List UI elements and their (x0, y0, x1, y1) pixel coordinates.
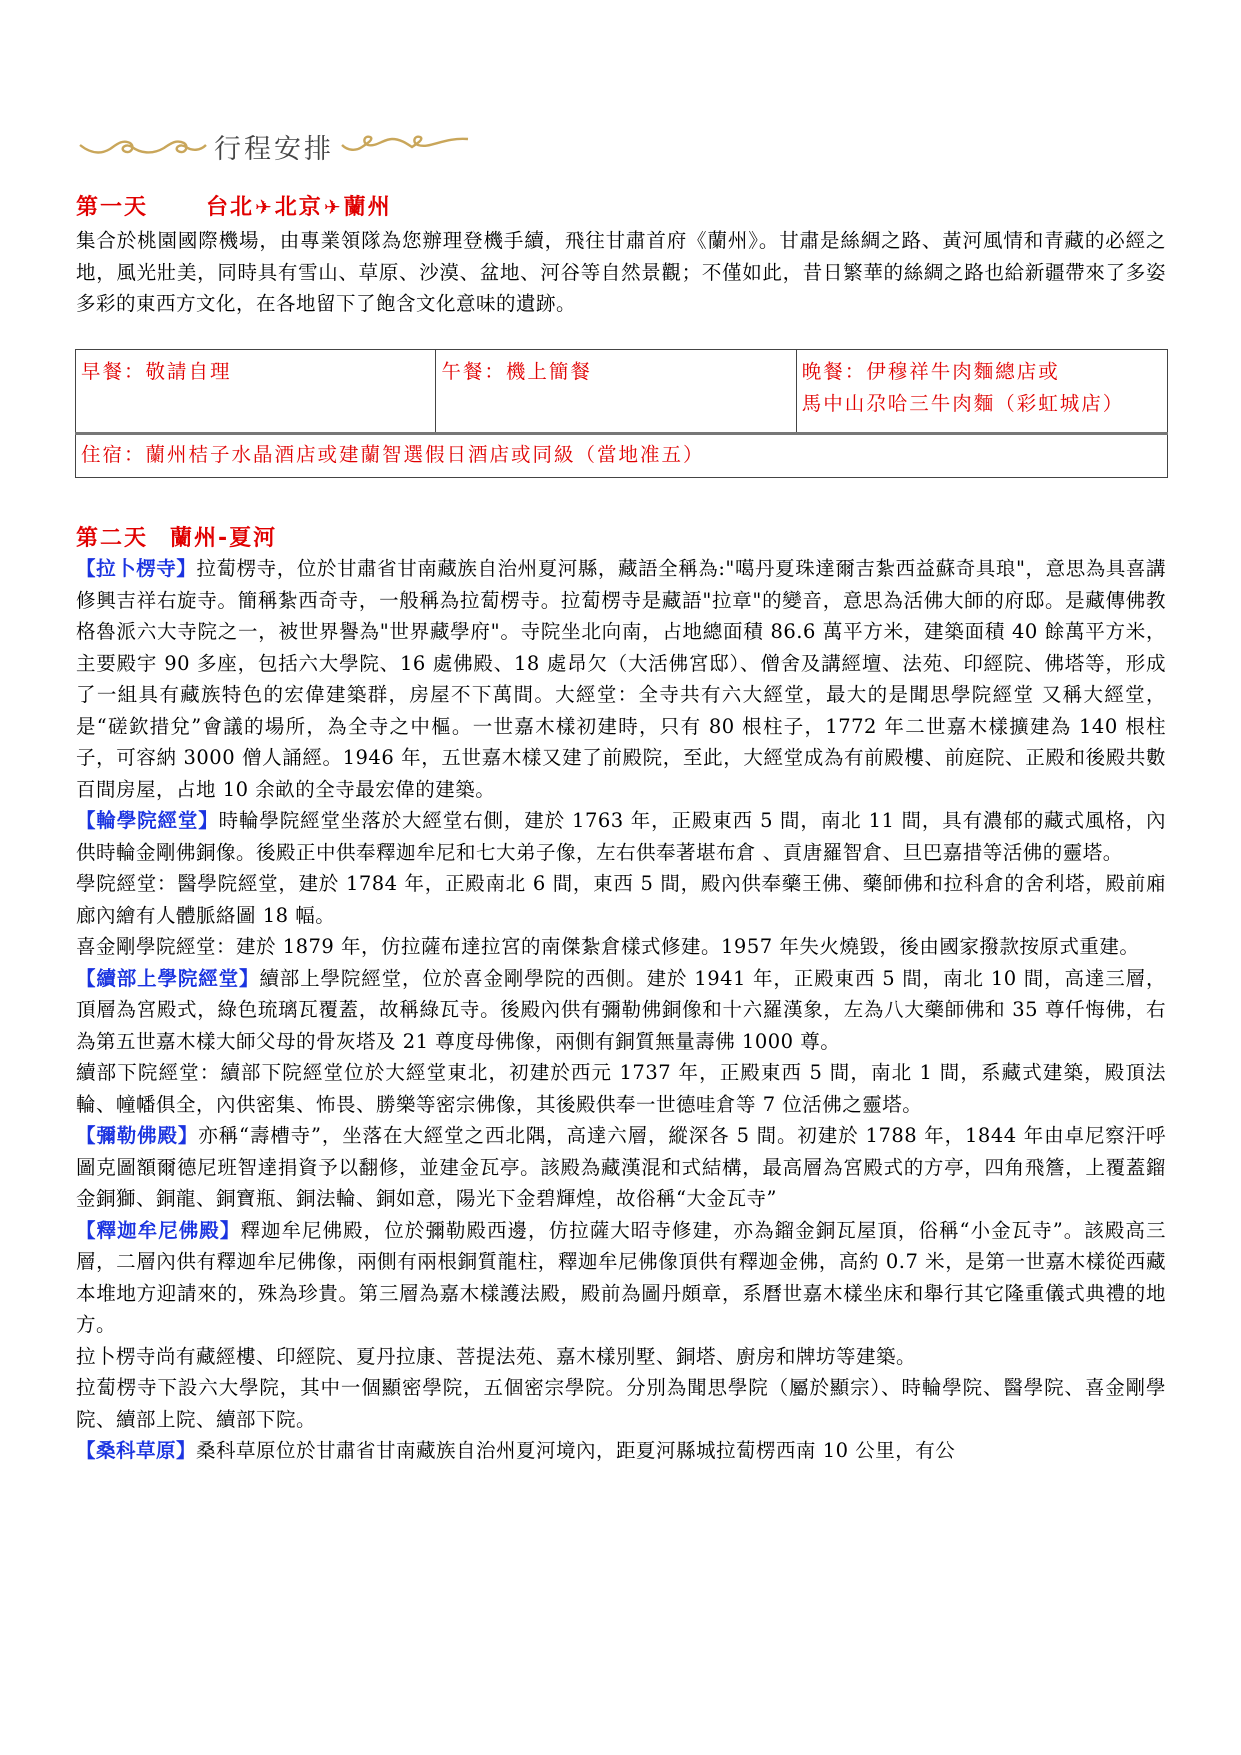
airplane-icon: ✈ (255, 195, 274, 219)
accommodation-row: 住宿：蘭州桔子水晶酒店或建蘭智選假日酒店或同級（當地准五） (76, 434, 1168, 478)
attraction-tag: 【彌勒佛殿】 (76, 1124, 198, 1147)
attraction-text: 拉卜楞寺尚有藏經樓、印經院、夏丹拉康、菩提法苑、嘉木樣別墅、銅塔、廚房和牌坊等建… (76, 1345, 916, 1368)
dinner-cell: 晚餐：伊穆祥牛肉麵總店或 馬中山尕哈三牛肉麵（彩虹城店） (796, 350, 1167, 434)
attraction-paragraph: 喜金剛學院經堂：建於 1879 年，仿拉薩布達拉宮的南傑紮倉樣式修建。1957 … (76, 931, 1166, 963)
dinner-line-2: 馬中山尕哈三牛肉麵（彩虹城店） (802, 388, 1162, 420)
dinner-line-1: 晚餐：伊穆祥牛肉麵總店或 (802, 356, 1162, 388)
attraction-tag: 【續部上學院經堂】 (76, 967, 259, 990)
airplane-icon: ✈ (324, 195, 343, 219)
lunch-cell: 午餐：機上簡餐 (436, 350, 796, 434)
attraction-paragraph: 學院經堂：醫學院經堂，建於 1784 年，正殿南北 6 間，東西 5 間，殿內供… (76, 868, 1166, 931)
day2-body: 【拉卜楞寺】拉蔔楞寺，位於甘肅省甘南藏族自治州夏河縣，藏語全稱為:"噶丹夏珠達爾… (76, 553, 1166, 1467)
day2-heading: 第二天蘭州-夏河 (76, 521, 277, 552)
day1-meals-table: 早餐：敬請自理 午餐：機上簡餐 晚餐：伊穆祥牛肉麵總店或 馬中山尕哈三牛肉麵（彩… (75, 349, 1168, 478)
attraction-tag: 【桑科草原】 (76, 1439, 196, 1462)
attraction-paragraph: 拉蔔楞寺下設六大學院，其中一個顯密學院，五個密宗學院。分別為聞思學院（屬於顯宗）… (76, 1372, 1166, 1435)
attraction-paragraph: 【桑科草原】桑科草原位於甘肅省甘南藏族自治州夏河境內，距夏河縣城拉蔔楞西南 10… (76, 1435, 1166, 1467)
attraction-paragraph: 【輪學院經堂】時輪學院經堂坐落於大經堂右側，建於 1763 年，正殿東西 5 間… (76, 805, 1166, 868)
accommodation-cell: 住宿：蘭州桔子水晶酒店或建蘭智選假日酒店或同級（當地准五） (76, 434, 1168, 478)
attraction-paragraph: 【釋迦牟尼佛殿】釋迦牟尼佛殿，位於彌勒殿西邊，仿拉薩大昭寺修建，亦為鎦金銅瓦屋頂… (76, 1215, 1166, 1341)
day1-description: 集合於桃園國際機場，由專業領隊為您辦理登機手續，飛往甘肅首府《蘭州》。甘肅是絲綢… (76, 225, 1166, 320)
scroll-ornament-right-icon (340, 131, 470, 161)
attraction-paragraph: 拉卜楞寺尚有藏經樓、印經院、夏丹拉康、菩提法苑、嘉木樣別墅、銅塔、廚房和牌坊等建… (76, 1341, 1166, 1373)
day2-label: 第二天 (76, 526, 148, 551)
attraction-paragraph: 【續部上學院經堂】續部上學院經堂，位於喜金剛學院的西側。建於 1941 年，正殿… (76, 963, 1166, 1058)
attraction-paragraph: 【彌勒佛殿】亦稱“壽槽寺”，坐落在大經堂之西北隅，高達六層，縱深各 5 間。初建… (76, 1120, 1166, 1215)
attraction-paragraph: 【拉卜楞寺】拉蔔楞寺，位於甘肅省甘南藏族自治州夏河縣，藏語全稱為:"噶丹夏珠達爾… (76, 553, 1166, 805)
attraction-text: 拉蔔楞寺，位於甘肅省甘南藏族自治州夏河縣，藏語全稱為:"噶丹夏珠達爾吉紮西益蘇奇… (76, 557, 1166, 801)
section-banner: 行程安排 (78, 128, 508, 164)
day1-route-stop: 蘭州 (344, 195, 392, 220)
attraction-tag: 【輪學院經堂】 (76, 809, 219, 832)
day1-heading: 第一天台北✈北京✈蘭州 (76, 190, 392, 221)
attraction-text: 釋迦牟尼佛殿，位於彌勒殿西邊，仿拉薩大昭寺修建，亦為鎦金銅瓦屋頂，俗稱“小金瓦寺… (76, 1219, 1166, 1337)
attraction-tag: 【拉卜楞寺】 (76, 557, 196, 580)
day1-label: 第一天 (76, 195, 148, 220)
attraction-text: 亦稱“壽槽寺”，坐落在大經堂之西北隅，高達六層，縱深各 5 間。初建於 1788… (76, 1124, 1166, 1210)
day1-route-stop: 北京 (275, 195, 323, 220)
attraction-text: 拉蔔楞寺下設六大學院，其中一個顯密學院，五個密宗學院。分別為聞思學院（屬於顯宗）… (76, 1376, 1166, 1431)
section-title: 行程安排 (214, 127, 334, 166)
attraction-text: 時輪學院經堂坐落於大經堂右側，建於 1763 年，正殿東西 5 間，南北 11 … (76, 809, 1166, 864)
scroll-ornament-left-icon (78, 131, 208, 161)
attraction-text: 續部下院經堂：續部下院經堂位於大經堂東北，初建於西元 1737 年，正殿東西 5… (76, 1061, 1166, 1116)
day1-route-stop: 台北 (206, 195, 254, 220)
breakfast-cell: 早餐：敬請自理 (76, 350, 436, 434)
attraction-text: 學院經堂：醫學院經堂，建於 1784 年，正殿南北 6 間，東西 5 間，殿內供… (76, 872, 1166, 927)
attraction-tag: 【釋迦牟尼佛殿】 (76, 1219, 240, 1242)
attraction-text: 喜金剛學院經堂：建於 1879 年，仿拉薩布達拉宮的南傑紮倉樣式修建。1957 … (76, 935, 1139, 958)
day2-route: 蘭州-夏河 (170, 526, 277, 551)
meals-row: 早餐：敬請自理 午餐：機上簡餐 晚餐：伊穆祥牛肉麵總店或 馬中山尕哈三牛肉麵（彩… (76, 350, 1168, 434)
attraction-text: 桑科草原位於甘肅省甘南藏族自治州夏河境內，距夏河縣城拉蔔楞西南 10 公里，有公 (196, 1439, 955, 1462)
attraction-paragraph: 續部下院經堂：續部下院經堂位於大經堂東北，初建於西元 1737 年，正殿東西 5… (76, 1057, 1166, 1120)
